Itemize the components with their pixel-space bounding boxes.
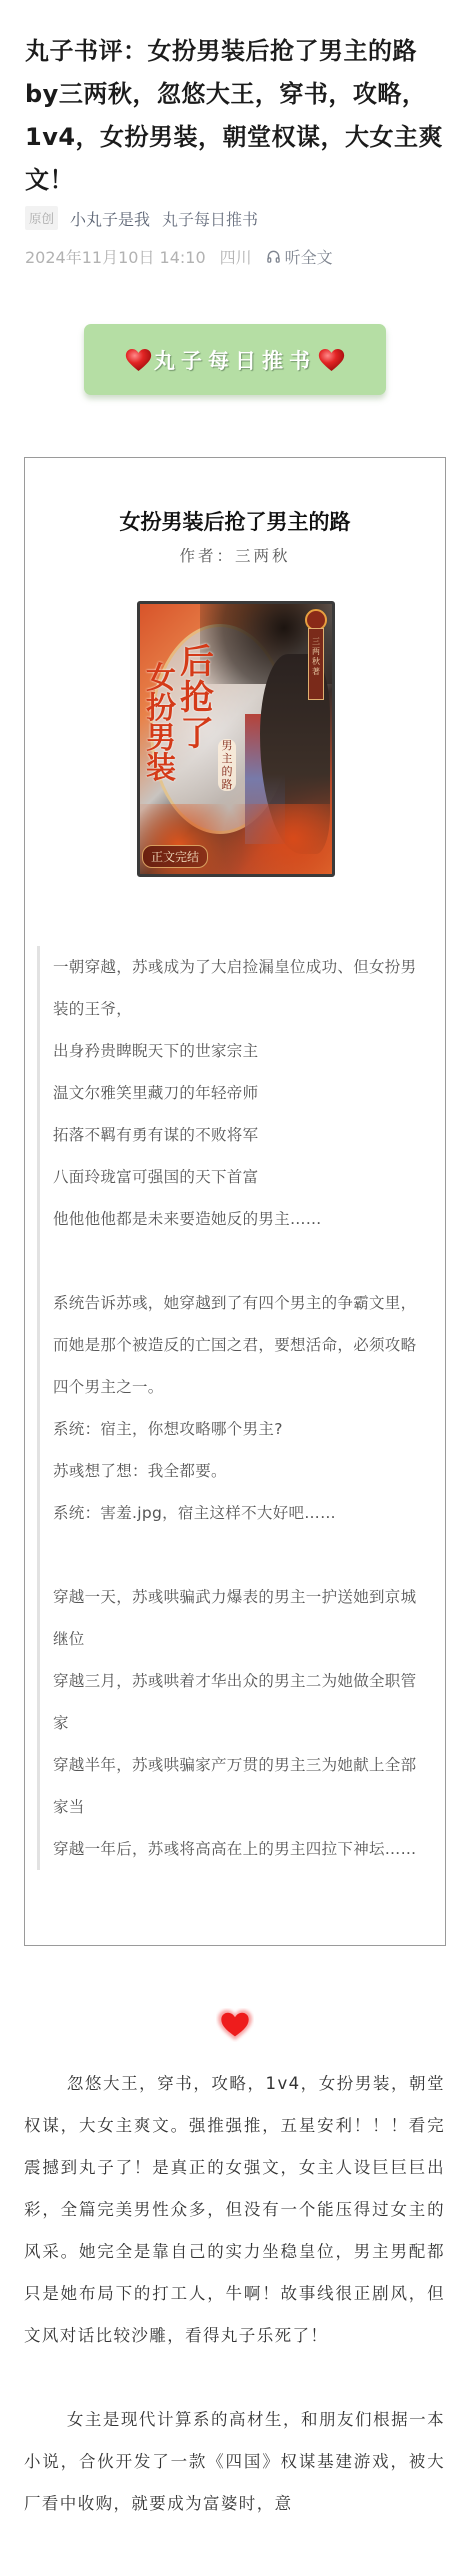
blurb-line: 他他他他都是未来要造她反的男主…… — [53, 1198, 432, 1240]
blurb-line: 八面玲珑富可强国的天下首富 — [53, 1156, 432, 1198]
publish-location: 四川 — [220, 245, 252, 268]
book-author: 作者：三两秋 — [25, 544, 445, 566]
blurb-line: 一朝穿越，苏彧成为了大启捡漏皇位成功、但女扮男装的王爷， — [53, 946, 432, 1030]
book-cover-image[interactable]: 女扮男装 后抢了 男主的路 三两秋著 正文完结 — [137, 601, 335, 877]
publish-date: 2024年11月10日 14:10 — [25, 245, 206, 268]
blurb-line: 系统：宿主，你想攻略哪个男主? — [53, 1408, 432, 1450]
listen-button[interactable]: 听全文 — [266, 245, 333, 268]
blurb-line: 穿越一天，苏彧哄骗武力爆表的男主一护送她到京城继位 — [53, 1576, 432, 1660]
review-paragraph: 忽悠大王，穿书，攻略，1v4，女扮男装，朝堂权谋，大女主爽文。强推强推，五星安利… — [24, 2063, 445, 2357]
original-tag: 原创 — [25, 206, 58, 230]
blurb-line: 温文尔雅笑里藏刀的年轻帝师 — [53, 1072, 432, 1114]
blurb-line: 穿越三月，苏彧哄着才华出众的男主二为她做全职管家 — [53, 1660, 432, 1744]
cover-subtitle: 男主的路 — [218, 739, 236, 791]
blurb-line: 系统：害羞.jpg，宿主这样不大好吧…… — [53, 1492, 432, 1534]
paragraph-spacer — [24, 2357, 445, 2399]
review-body: 忽悠大王，穿书，攻略，1v4，女扮男装，朝堂权谋，大女主爽文。强推强推，五星安利… — [24, 2063, 445, 2525]
blurb-spacer — [53, 1240, 432, 1282]
cover-author-ribbon: 三两秋著 — [308, 628, 324, 700]
account-banner: 丸子每日推书 — [84, 324, 386, 395]
account-name-link[interactable]: 丸子每日推书 — [162, 207, 258, 230]
blurb-line: 系统告诉苏彧，她穿越到了有四个男主的争霸文里，而她是那个被造反的亡国之君，要想活… — [53, 1282, 432, 1408]
book-blurb-quote: 一朝穿越，苏彧成为了大启捡漏皇位成功、但女扮男装的王爷， 出身矜贵睥睨天下的世家… — [37, 946, 432, 1870]
banner-label: 丸子每日推书 — [154, 345, 316, 375]
blurb-line: 穿越半年，苏彧哄骗家产万贯的男主三为她献上全部家当 — [53, 1744, 432, 1828]
book-card: 女扮男装后抢了男主的路 作者：三两秋 女扮男装 后抢了 男主的路 三两秋著 正文… — [24, 457, 446, 1946]
blurb-line: 苏彧想了想：我全都要。 — [53, 1450, 432, 1492]
blurb-spacer — [53, 1534, 432, 1576]
separator-heart-icon — [216, 2008, 254, 2042]
blurb-line: 拓落不羁有勇有谋的不败将军 — [53, 1114, 432, 1156]
listen-label: 听全文 — [285, 245, 333, 268]
article-meta-author-row: 原创 小丸子是我 丸子每日推书 — [25, 206, 258, 230]
cover-title-right: 后抢了 — [180, 644, 216, 752]
heart-icon — [125, 348, 152, 372]
review-paragraph: 女主是现代计算系的高材生，和朋友们根据一本小说，合伙开发了一款《四国》权谋基建游… — [24, 2399, 445, 2525]
blurb-line: 穿越一年后，苏彧将高高在上的男主四拉下神坛…… — [53, 1828, 432, 1870]
blurb-line: 出身矜贵睥睨天下的世家宗主 — [53, 1030, 432, 1072]
heart-icon — [318, 348, 345, 372]
author-name[interactable]: 小丸子是我 — [70, 207, 150, 230]
article-meta-date-row: 2024年11月10日 14:10 四川 听全文 — [25, 244, 333, 268]
cover-title-left: 女扮男装 — [146, 664, 180, 784]
cover-status-badge: 正文完结 — [142, 845, 208, 868]
article-title: 丸子书评：女扮男装后抢了男主的路by三两秋，忽悠大王，穿书，攻略，1v4，女扮男… — [25, 30, 445, 202]
book-title: 女扮男装后抢了男主的路 — [25, 506, 445, 536]
headphones-icon — [266, 249, 281, 264]
